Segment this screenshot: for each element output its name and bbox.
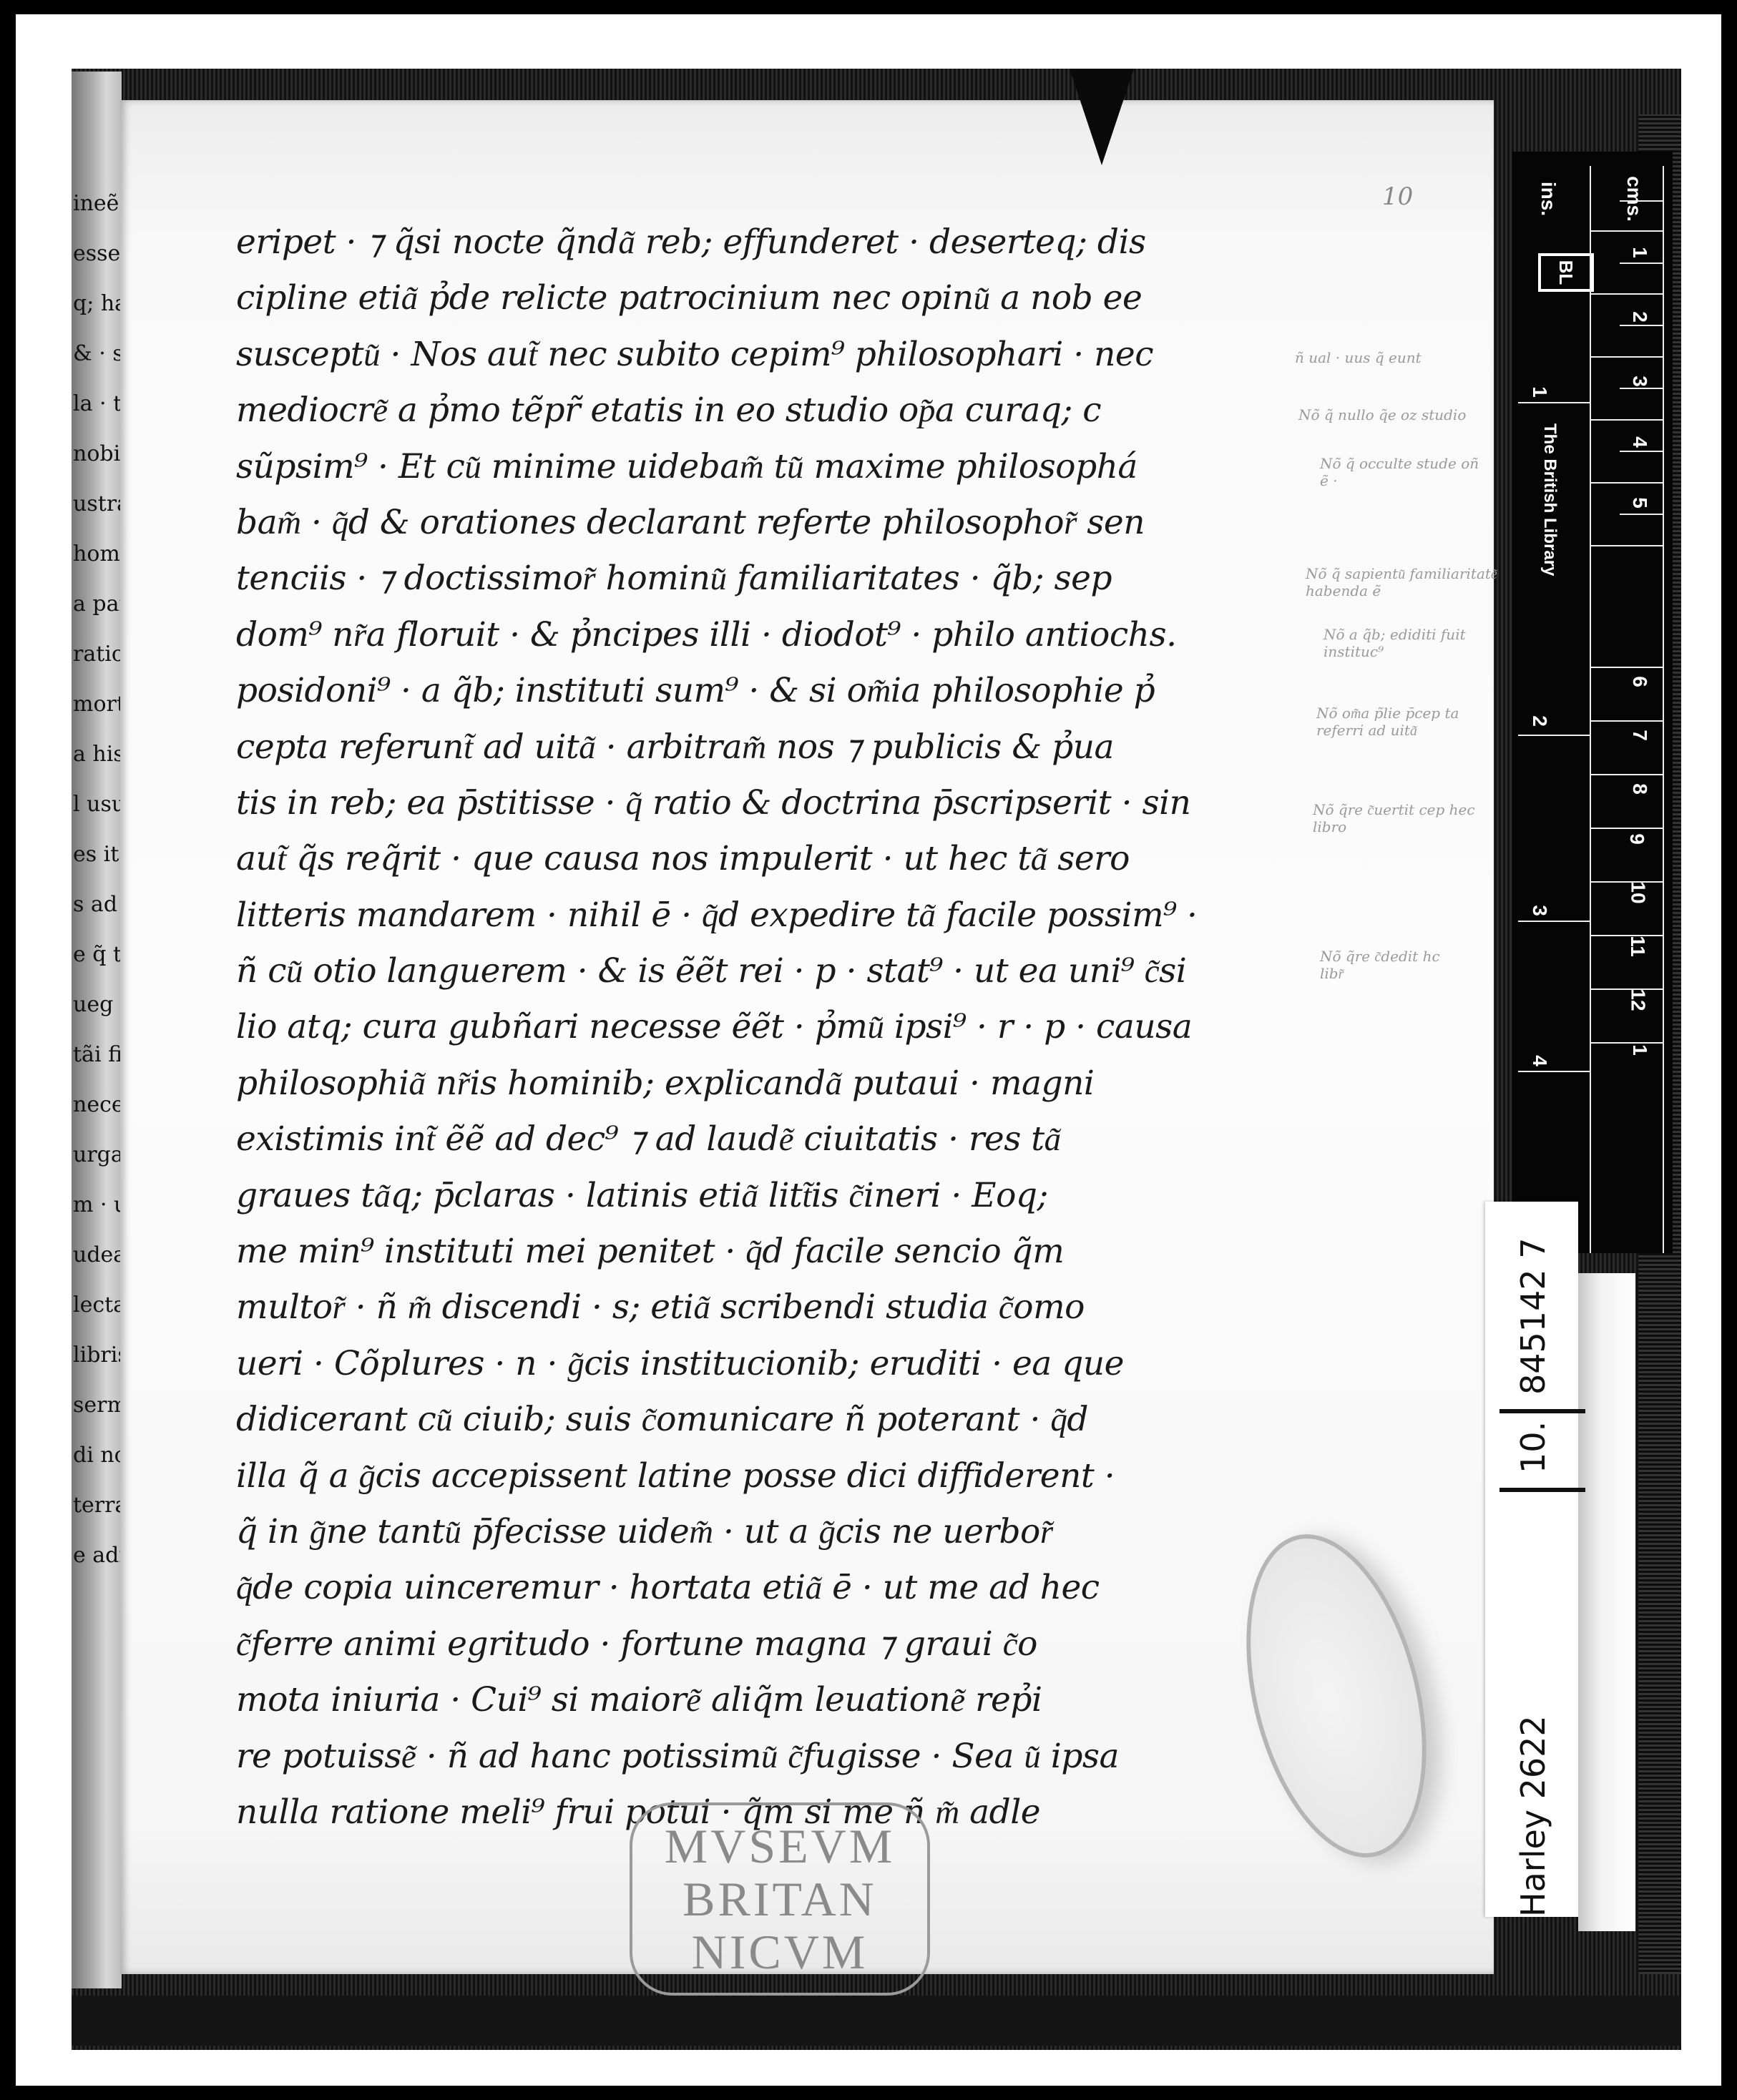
stamp-line: MVSEVM: [665, 1820, 896, 1873]
previous-leaf-line: a parat ·: [72, 579, 122, 629]
inch-mark: 3: [1528, 905, 1551, 916]
text-line: ueri · Cõplures · n · g͂cis institucioni…: [236, 1336, 1323, 1392]
manuscript-text-block: eripet · ⁊ q̃si nocte q̃nda͂ reb; effund…: [236, 215, 1323, 1840]
previous-leaf-line: di noli: [72, 1431, 122, 1481]
marginal-note: Nõ q̃re c͂uertit cep hec libro: [1313, 801, 1484, 835]
binding-cloth-bottom: [72, 1996, 1681, 2046]
previous-leaf-line: esse ē · q̃: [72, 229, 122, 279]
previous-leaf-line: sermon: [72, 1380, 122, 1431]
previous-leaf-line: lectam: [72, 1280, 122, 1330]
cm-mark: 5: [1628, 497, 1651, 509]
text-line: illa q̃ a g͂cis accepissent latine posse…: [236, 1448, 1323, 1504]
shelfmark-slip: Harley 2622 10. 845142 7: [1485, 1202, 1578, 1917]
cm-mark: 3: [1628, 376, 1651, 387]
cm-scale: cms. 1 2 3 4 5 6 7 8 9 10 11 12 1: [1590, 166, 1664, 1253]
marginal-note: Nõ q̃ sapientu͂ familiaritate͂ habenda ẽ: [1306, 565, 1499, 599]
marginal-note: Nõ q̃ occulte stude oñ ẽ ·: [1320, 455, 1484, 489]
cm-mark: 7: [1628, 730, 1651, 741]
cm-mark: 1: [1628, 247, 1651, 258]
shelfmark-text: Harley 2622: [1514, 1715, 1552, 1917]
paper-strip: [1578, 1273, 1635, 1931]
previous-leaf-line: ineẽ ñp: [72, 179, 122, 229]
text-line: aut͂ q̃s req̃rit · que causa nos impuler…: [236, 831, 1323, 887]
marginal-note: Nõ om͂a p̃lie p̄cep ta referri ad uita͂: [1316, 705, 1502, 739]
previous-leaf-line: a his libri: [72, 730, 122, 780]
previous-leaf-line: ueg · opim: [72, 980, 122, 1030]
previous-leaf-line: urgatum: [72, 1130, 122, 1180]
text-line: c͂ferre animi egritudo · fortune magna ⁊…: [236, 1616, 1323, 1672]
british-library-label: The British Library: [1540, 423, 1560, 576]
previous-leaf-line: mortalib: [72, 679, 122, 730]
text-line: lio atq; cura gubñari necesse ẽẽt · p̉mu…: [236, 999, 1323, 1055]
previous-leaf-line: la · tollã: [72, 379, 122, 429]
previous-leaf-line: homina: [72, 529, 122, 579]
marginal-note: ñ ual · uus q̃ eunt: [1295, 349, 1422, 366]
text-line: graues ta͂q; p̄claras · latinis etia͂ li…: [236, 1168, 1323, 1224]
cm-mark: 9: [1625, 833, 1648, 845]
scale-ruler: ins. BL 1 2 3 4 The British Library cms.…: [1512, 152, 1673, 1253]
cm-mark: 10: [1627, 881, 1650, 903]
text-line: cepta referunt͂ ad uita͂ · arbitram͂ nos…: [236, 720, 1323, 775]
previous-leaf-line: necesse ut: [72, 1080, 122, 1130]
cm-mark: 8: [1628, 783, 1651, 795]
cm-mark: 4: [1628, 436, 1651, 448]
marginal-note: Nõ q̃ nullo q̃e oz studio: [1298, 406, 1484, 423]
text-line: q͂de copia uinceremur · hortata etia͂ ē …: [236, 1560, 1323, 1616]
text-line: didicerant cu͂ ciuib; suis c͂omunicare ñ…: [236, 1392, 1323, 1448]
text-line: bam͂ · q͂d & orationes declarant referte…: [236, 495, 1323, 551]
previous-leaf-line: e q̃ tam: [72, 930, 122, 980]
previous-leaf-line: libris: [72, 1330, 122, 1380]
shelfmark-number: 845142 7: [1514, 1238, 1552, 1395]
text-line: eripet · ⁊ q̃si nocte q̃nda͂ reb; effund…: [236, 215, 1323, 270]
marginal-note: Nõ q̃re c͂dedit hc libr͂: [1320, 948, 1463, 982]
cm-unit-label: cms.: [1623, 176, 1645, 222]
text-line: me min⁹ instituti mei penitet · q͂d faci…: [236, 1224, 1323, 1280]
text-line: multor͂ · ñ m͂ discendi · s; etia͂ scrib…: [236, 1280, 1323, 1335]
marginal-note: Nõ a q̃b; ediditi fuit instituc⁹: [1323, 626, 1481, 660]
stamp-line: BRITAN: [682, 1873, 877, 1925]
previous-leaf-line: ustrari n: [72, 479, 122, 529]
slip-divider: [1499, 1409, 1585, 1413]
previous-leaf-line: s ad ua: [72, 880, 122, 930]
text-line: existimis int͂ ẽẽ ad dec⁹ ⁊ ad laude͂ ci…: [236, 1112, 1323, 1167]
previous-leaf-line: m · ut ali: [72, 1180, 122, 1230]
previous-leaf-line: l usu hom: [72, 780, 122, 830]
cm-mark: 1: [1628, 1044, 1651, 1056]
text-line: tenciis · ⁊ doctissimor͂ hominu͂ familia…: [236, 551, 1323, 607]
previous-leaf-line: e adr: [72, 1531, 122, 1581]
previous-leaf-line: tãi fier: [72, 1030, 122, 1080]
british-library-logo-icon: BL: [1538, 253, 1594, 292]
text-line: cipline etia͂ p̉de relicte patrocinium n…: [236, 270, 1323, 326]
previous-leaf-line: udeant ·: [72, 1230, 122, 1280]
text-line: q̃ in g͂ne tantu͂ p̄fecisse uidem͂ · ut …: [236, 1504, 1323, 1560]
text-line: posidoni⁹ · a q̃b; instituti sum⁹ · & si…: [236, 663, 1323, 719]
museum-stamp: MVSEVM BRITAN NICVM: [630, 1802, 930, 1996]
inch-mark: 2: [1528, 715, 1551, 727]
text-line: tis in reb; ea p̄stitisse · q͂ ratio & d…: [236, 775, 1323, 831]
cm-mark: 6: [1628, 676, 1651, 687]
previous-leaf-edge: ineẽ ñp esse ē · q̃ q; haurir & · socie …: [72, 72, 122, 1988]
page-clip-notch: [1070, 69, 1134, 165]
cm-mark: 2: [1628, 311, 1651, 323]
folio-number: 10: [1382, 182, 1413, 211]
text-line: re potuisse͂ · ñ ad hanc potissimu͂ c͂fu…: [236, 1729, 1323, 1785]
text-line: philosophia͂ nr͂is hominib; explicanda͂ …: [236, 1056, 1323, 1112]
previous-leaf-line: terra li: [72, 1481, 122, 1531]
cm-mark: 11: [1626, 936, 1649, 957]
slip-divider: [1499, 1488, 1585, 1492]
inch-unit-label: ins.: [1537, 182, 1560, 216]
text-line: mota iniuria · Cui⁹ si maiore͂ aliq̃m le…: [236, 1672, 1323, 1728]
text-line: susceptu͂ · Nos aut͂ nec subito cepim⁹ p…: [236, 327, 1323, 383]
inch-scale: ins. BL 1 2 3 4: [1518, 166, 1590, 1239]
previous-leaf-line: es ita m: [72, 830, 122, 880]
previous-leaf-line: nobiles q̃: [72, 429, 122, 479]
text-line: mediocre͂ a p̉mo tẽpr̃ etatis in eo stud…: [236, 383, 1323, 438]
shelfmark-folio: 10.: [1514, 1421, 1552, 1473]
text-line: ñ cu͂ otio languerem · & is ẽẽt rei · p …: [236, 943, 1323, 999]
text-line: dom⁹ nr͂a floruit · & p̉ncipes illi · di…: [236, 607, 1323, 663]
inch-mark: 4: [1528, 1055, 1551, 1066]
text-line: litteris mandarem · nihil ē · q͂d expedi…: [236, 888, 1323, 943]
text-line: sũpsim⁹ · Et cu͂ minime uidebam͂ tu͂ max…: [236, 439, 1323, 495]
previous-leaf-line: & · socie: [72, 329, 122, 379]
cm-mark: 12: [1627, 988, 1650, 1011]
previous-leaf-line: rationes: [72, 629, 122, 679]
stamp-line: NICVM: [692, 1925, 868, 1978]
previous-leaf-line: q; haurir: [72, 279, 122, 329]
inch-mark: 1: [1528, 386, 1551, 398]
